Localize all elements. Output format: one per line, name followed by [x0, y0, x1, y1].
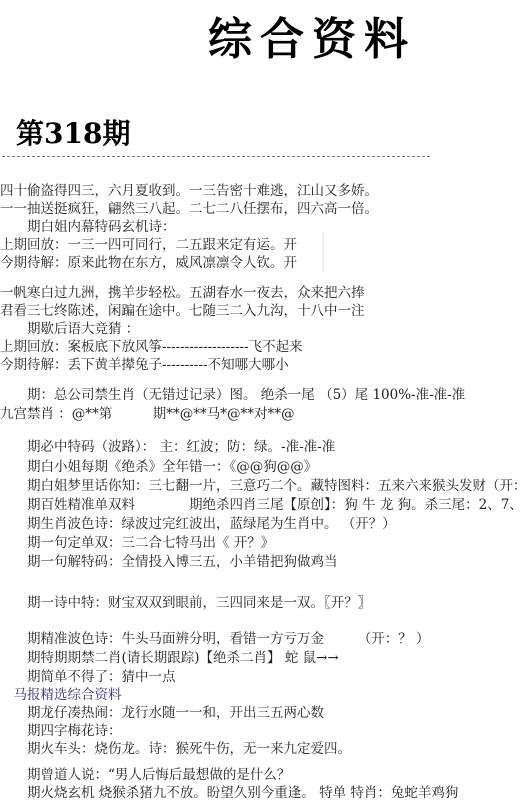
text-line-highlight: 马报精选综合资料 [0, 686, 122, 704]
text-line: 上期回放：案板底下放风筝-------------------飞不起来 [0, 338, 303, 356]
text-line: 期火车头：烧伤龙。诗：猴死牛伤，无一来九定爱四。 [0, 740, 351, 758]
text-line: 期百姓精准单双料 期绝杀四肖三尾【原创】：狗 牛 龙 狗。杀三尾：2、7、3。 [0, 496, 522, 514]
document-title: 综合资料 [208, 12, 416, 68]
text-line: 期一句解特码：全情投入博三五，小羊错把狗做鸡当 [0, 553, 338, 571]
text-line: 四十偷盗得四三，六月夏收到。一三告密十难逃，江山又多娇。 [0, 182, 378, 200]
text-line: 期：总公司禁生肖（无错过记录）图。 绝杀一尾 （5）尾 100%-准-准-准 [0, 386, 465, 404]
text-line: 期白小姐每期《绝杀》全年错一：《@@狗@@》 [0, 458, 317, 476]
text-line: 期特期期禁二肖(请长期跟踪)【绝杀二肖】 蛇 鼠→→ [0, 649, 339, 667]
text-line: 今期待解：原来此物在东方，威风凛凛令人钦。开 [0, 254, 297, 272]
text-line: 一帆寒白过九洲，携羊步轻松。五湖春水一夜去，众来把六捧 [0, 284, 365, 302]
text-line: 一一抽送挺疯狂，翩然三八起。二七二八任摆布，四六高一倍。 [0, 200, 378, 218]
text-line: 期曾道人说：“男人后悔后最想做的是什么？ [0, 766, 290, 784]
text-line: 今期待解：丢下黄羊撵兔子----------不知哪大哪小 [0, 356, 289, 374]
text-line: 期简单不得了：猜中一点 [0, 668, 176, 686]
text-line: 期精准波色诗：牛头马面辨分明，看错一方亏万金 （开：？ ） [0, 630, 430, 648]
dashed-divider [2, 156, 430, 157]
text-line: 期歇后语大竞猜 ： [0, 320, 139, 338]
text-line: 期生肖波色诗：绿波过完红波出，蓝绿尾为生肖中。 （开？） [0, 515, 396, 533]
text-line: 期火烧玄机 烧猴杀猪九不放。盼望久别今重逢。 特单 特肖：兔蛇羊鸡狗 [0, 784, 458, 800]
text-line: 九宫禁肖 ：@**第 期**@**马*@**对**@ [0, 405, 295, 423]
vertical-divider [322, 232, 324, 272]
text-line: 期一句定单双：三二合七特马出《 开？》 [0, 534, 274, 552]
text-line: 期四字梅花诗： [0, 722, 122, 740]
text-line: 期白姐梦里话你知：三七翻一片，三意巧二个。藏特图料：五来六来猴头发财（开：？ ） [0, 477, 522, 495]
issue-number: 第318期 [16, 116, 130, 152]
text-line: 上期回放：一三一四可同行，二五跟来定有运。开 [0, 236, 297, 254]
text-line: 君看三七终陈述，闲蹁在途中。七随三二入九沟，十八中一注 [0, 302, 365, 320]
text-line: 期必中特码（波路）： 主：红波；防：绿。-准-准-准 [0, 438, 335, 456]
text-line: 期一诗中特：财宝双双到眼前，三四同来是一双。〖开？〗 [0, 594, 371, 612]
text-line: 期白姐内幕特码玄机诗： [0, 218, 176, 236]
text-line: 期龙仔凑热闹：龙行水随一一和，开出三五两心数 [0, 704, 324, 722]
